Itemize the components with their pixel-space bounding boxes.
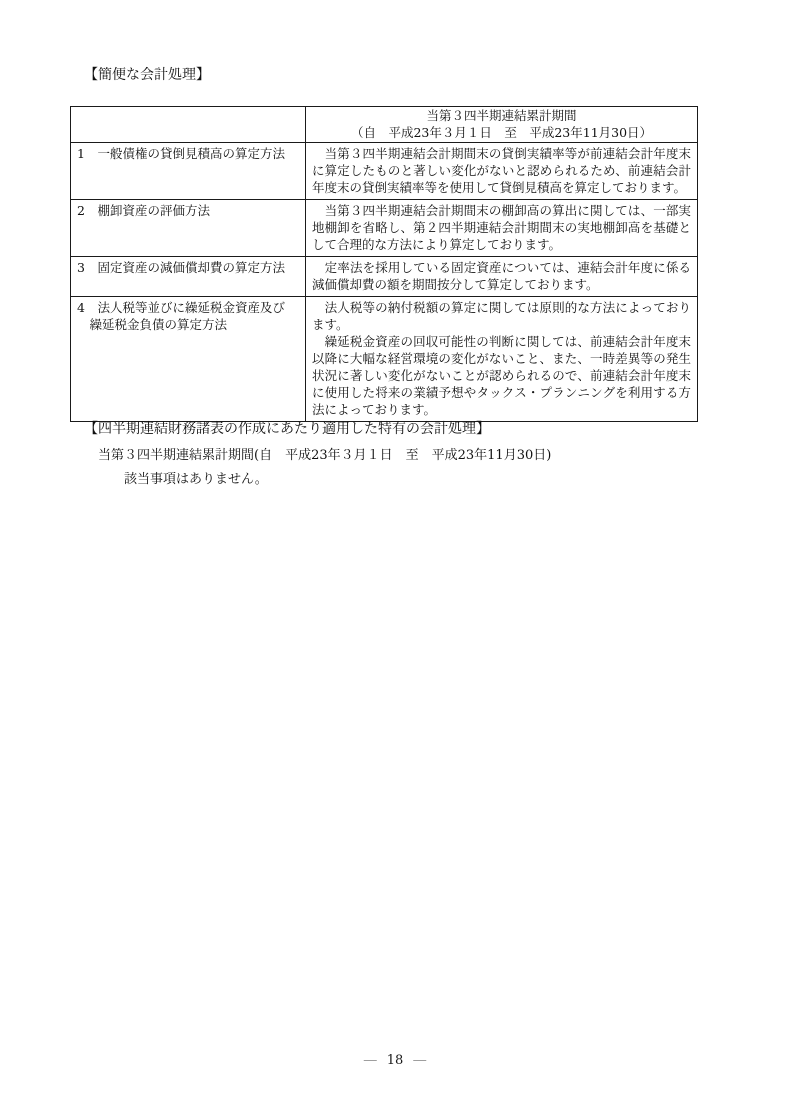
row-item-label: 2 棚卸資産の評価方法 bbox=[71, 200, 306, 257]
specific-section-note: 該当事項はありません。 bbox=[124, 471, 268, 488]
specific-section-period: 当第３四半期連結累計期間(自 平成23年３月１日 至 平成23年11月30日) bbox=[98, 447, 551, 464]
page-footer: ―18― bbox=[0, 1053, 790, 1068]
header-period-cell: 当第３四半期連結累計期間 （自 平成23年３月１日 至 平成23年11月30日） bbox=[306, 107, 698, 143]
header-empty-cell bbox=[71, 107, 306, 143]
row-item-label: 1 一般債権の貸倒見積高の算定方法 bbox=[71, 143, 306, 200]
period-title: 当第３四半期連結累計期間 bbox=[308, 107, 695, 124]
table-row: 1 一般債権の貸倒見積高の算定方法 当第３四半期連結会計期間末の貸倒実績率等が前… bbox=[71, 143, 698, 200]
footer-dash-right: ― bbox=[413, 1053, 426, 1068]
document-page: 【簡便な会計処理】 当第３四半期連結累計期間 （自 平成23年３月１日 至 平成… bbox=[0, 0, 790, 1118]
section-title-specific-accounting: 【四半期連結財務諸表の作成にあたり適用した特有の会計処理】 bbox=[84, 420, 490, 438]
simplified-accounting-table: 当第３四半期連結累計期間 （自 平成23年３月１日 至 平成23年11月30日）… bbox=[70, 106, 698, 422]
table-row: 4 法人税等並びに繰延税金資産及び 繰延税金負債の算定方法 法人税等の納付税額の… bbox=[71, 297, 698, 422]
row-description: 当第３四半期連結会計期間末の棚卸高の算出に関しては、一部実地棚卸を省略し、第２四… bbox=[306, 200, 698, 257]
footer-page-number: 18 bbox=[387, 1053, 404, 1068]
table-row: 3 固定資産の減価償却費の算定方法 定率法を採用している固定資産については、連結… bbox=[71, 257, 698, 297]
row-description: 当第３四半期連結会計期間末の貸倒実績率等が前連結会計年度末に算定したものと著しい… bbox=[306, 143, 698, 200]
period-range: （自 平成23年３月１日 至 平成23年11月30日） bbox=[308, 124, 695, 141]
row-description: 定率法を採用している固定資産については、連結会計年度に係る減価償却費の額を期間按… bbox=[306, 257, 698, 297]
row-description: 法人税等の納付税額の算定に関しては原則的な方法によっております。 繰延税金資産の… bbox=[306, 297, 698, 422]
section-title-simplified-accounting: 【簡便な会計処理】 bbox=[84, 66, 210, 84]
footer-dash-left: ― bbox=[364, 1053, 377, 1068]
row-item-label: 3 固定資産の減価償却費の算定方法 bbox=[71, 257, 306, 297]
table-header-row: 当第３四半期連結累計期間 （自 平成23年３月１日 至 平成23年11月30日） bbox=[71, 107, 698, 143]
row-item-label: 4 法人税等並びに繰延税金資産及び 繰延税金負債の算定方法 bbox=[71, 297, 306, 422]
table-row: 2 棚卸資産の評価方法 当第３四半期連結会計期間末の棚卸高の算出に関しては、一部… bbox=[71, 200, 698, 257]
